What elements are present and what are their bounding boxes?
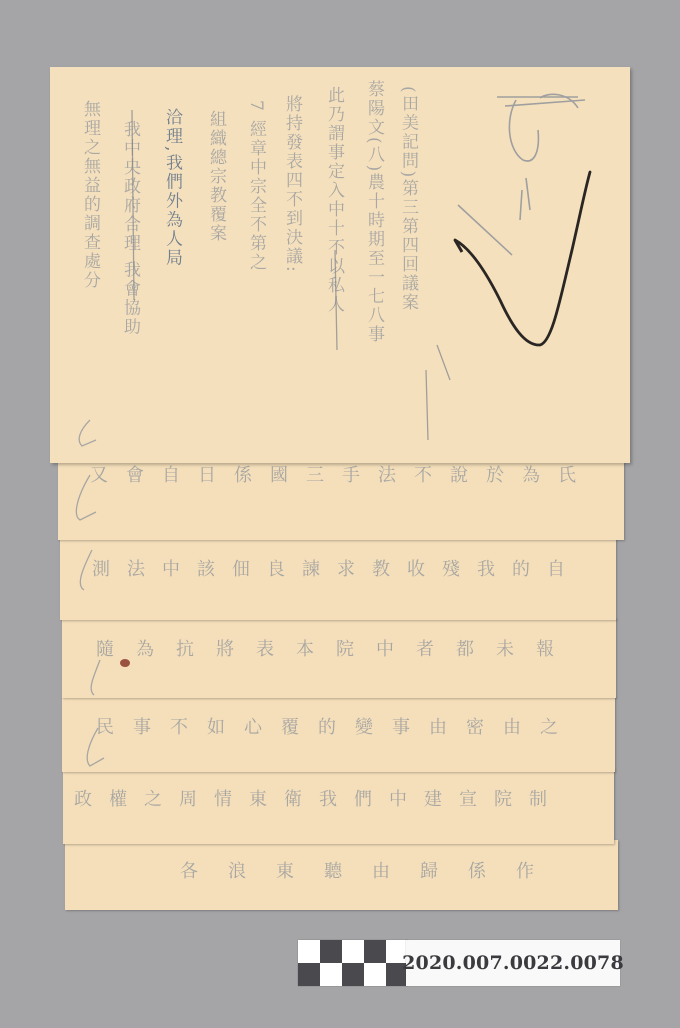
stain-mark	[120, 659, 130, 667]
color-scale-bar	[298, 940, 408, 986]
catalog-number-label: 2020.007.0022.0078	[406, 940, 620, 986]
catalog-number: 2020.007.0022.0078	[402, 952, 624, 974]
photo-stage: (田美記問)第三第四回議案 蔡陽文(八)農十時期至一七八事 此乃謂事定入中十不以…	[0, 0, 680, 1028]
crossed-out-note-icon	[458, 94, 585, 255]
pencil-marks	[0, 0, 680, 1028]
check-mark-icon	[455, 172, 590, 345]
